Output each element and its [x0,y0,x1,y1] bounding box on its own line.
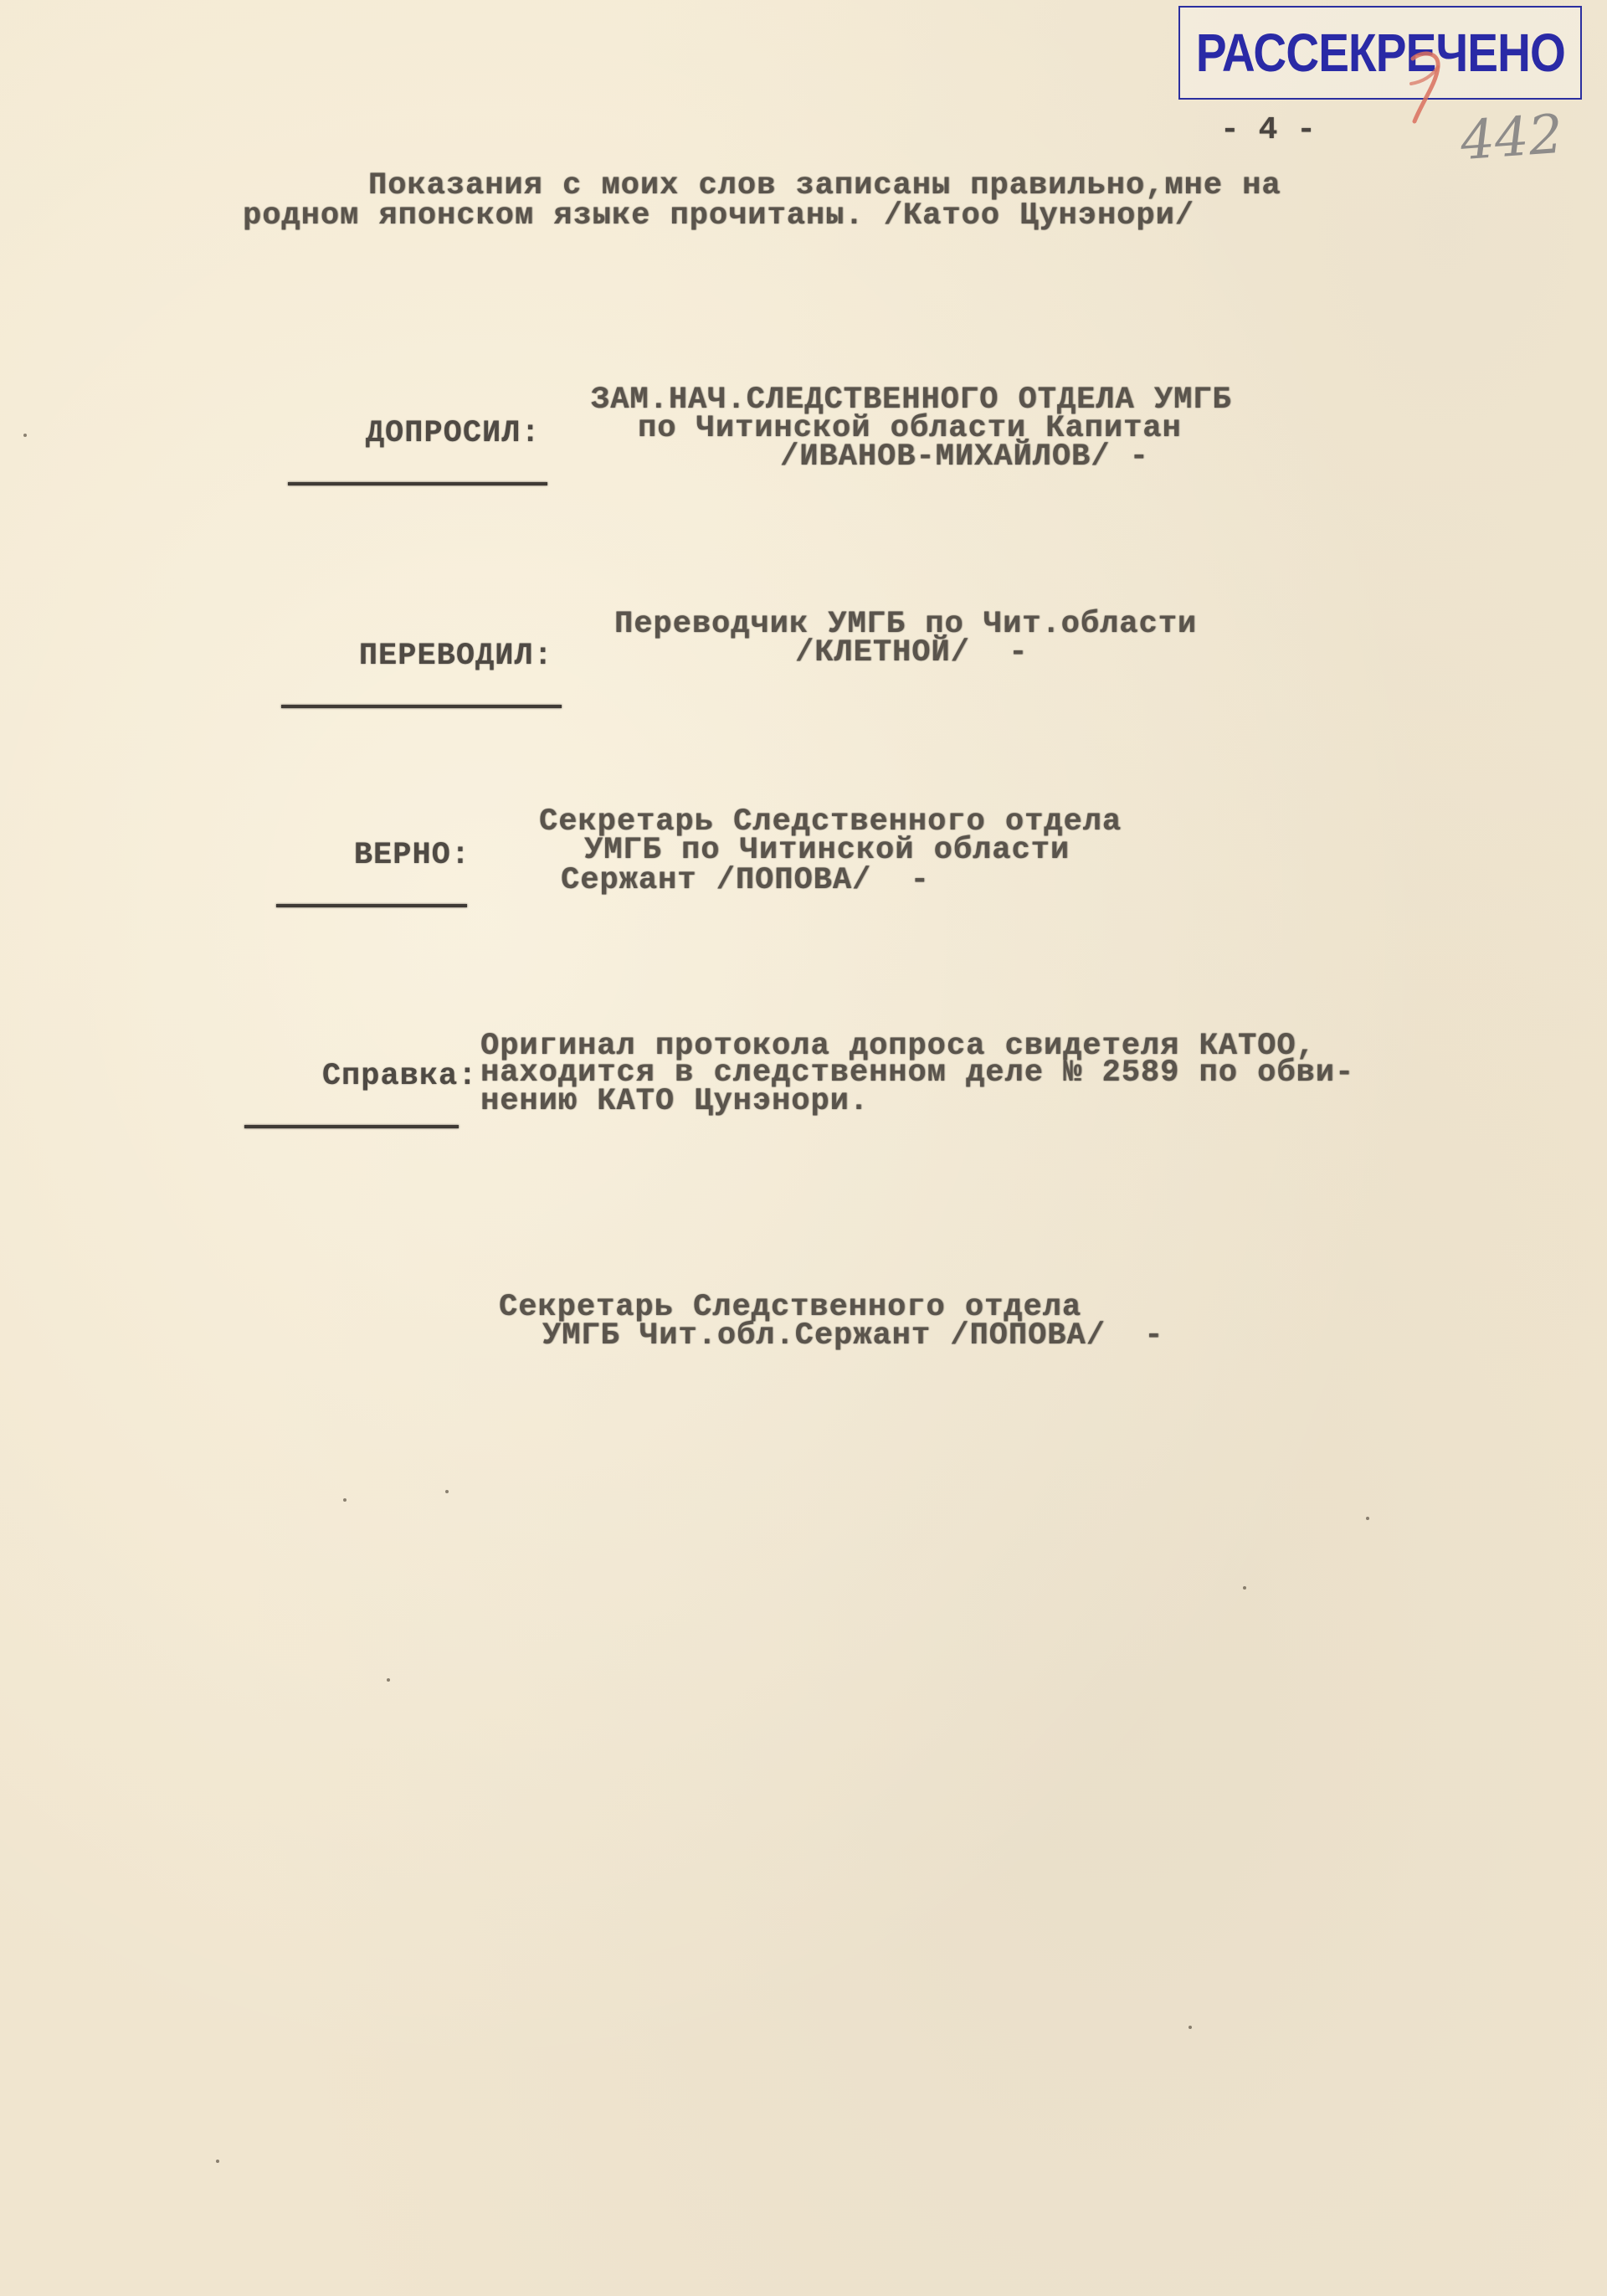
translated-line-1: Переводчик УМГБ по Чит.области [614,611,1197,638]
underline [244,1125,459,1128]
interrogated-line-2: по Читинской области Капитан [638,415,1182,442]
underline [281,705,562,708]
reference-line-2: находится в следственном деле № 2589 по … [480,1060,1354,1086]
reference-label-text: Справка: [322,1059,478,1094]
certified-label-text: ВЕРНО: [354,838,470,873]
interrogated-label: ДОПРОСИЛ: [288,388,547,546]
statement-line-2: родном японском языке прочитаны. /Катоо … [243,203,1194,229]
paper-speck [216,2160,219,2163]
paper-speck [1366,1517,1369,1520]
paper-speck [23,434,27,437]
interrogated-line-3: /ИВАНОВ-МИХАЙЛОВ/ - [780,444,1149,470]
certified-line-1: Секретарь Следственного отдела [539,809,1122,835]
interrogated-line-1: ЗАМ.НАЧ.СЛЕДСТВЕННОГО ОТДЕЛА УМГБ [591,387,1232,413]
paper-speck [1189,2026,1192,2029]
closing-signature-line-1: Секретарь Следственного отдела [499,1294,1081,1321]
translated-label: ПЕРЕВОДИЛ: [281,611,562,768]
document-page: РАССЕКРЕЧЕНО - 4 - 442 Показания с моих … [0,0,1607,2296]
stamp-text: РАССЕКРЕЧЕНО [1195,22,1564,84]
certified-line-3: Сержант /ПОПОВА/ - [561,867,930,894]
paper-speck [387,1678,390,1682]
red-pencil-mark-icon [1406,33,1448,126]
certified-line-2: УМГБ по Читинской области [584,837,1070,864]
underline [288,482,547,485]
archive-sheet-number: 442 [1459,104,1565,172]
underline [276,904,467,907]
reference-label: Справка: [244,1031,477,1189]
paper-speck [445,1490,449,1493]
page-number: - 4 - [1220,112,1316,148]
declassified-stamp: РАССЕКРЕЧЕНО [1178,6,1582,100]
translated-label-text: ПЕРЕВОДИЛ: [359,639,553,674]
interrogated-label-text: ДОПРОСИЛ: [366,416,541,451]
paper-speck [343,1498,347,1502]
translated-line-2: /КЛЕТНОЙ/ - [795,639,1028,666]
certified-label: ВЕРНО: [276,810,470,968]
reference-line-3: нению КАТО Цунэнори. [480,1088,869,1115]
paper-speck [1243,1586,1246,1590]
statement-line-1: Показания с моих слов записаны правильно… [368,172,1281,199]
closing-signature-line-2: УМГБ Чит.обл.Сержант /ПОПОВА/ - [542,1323,1164,1349]
